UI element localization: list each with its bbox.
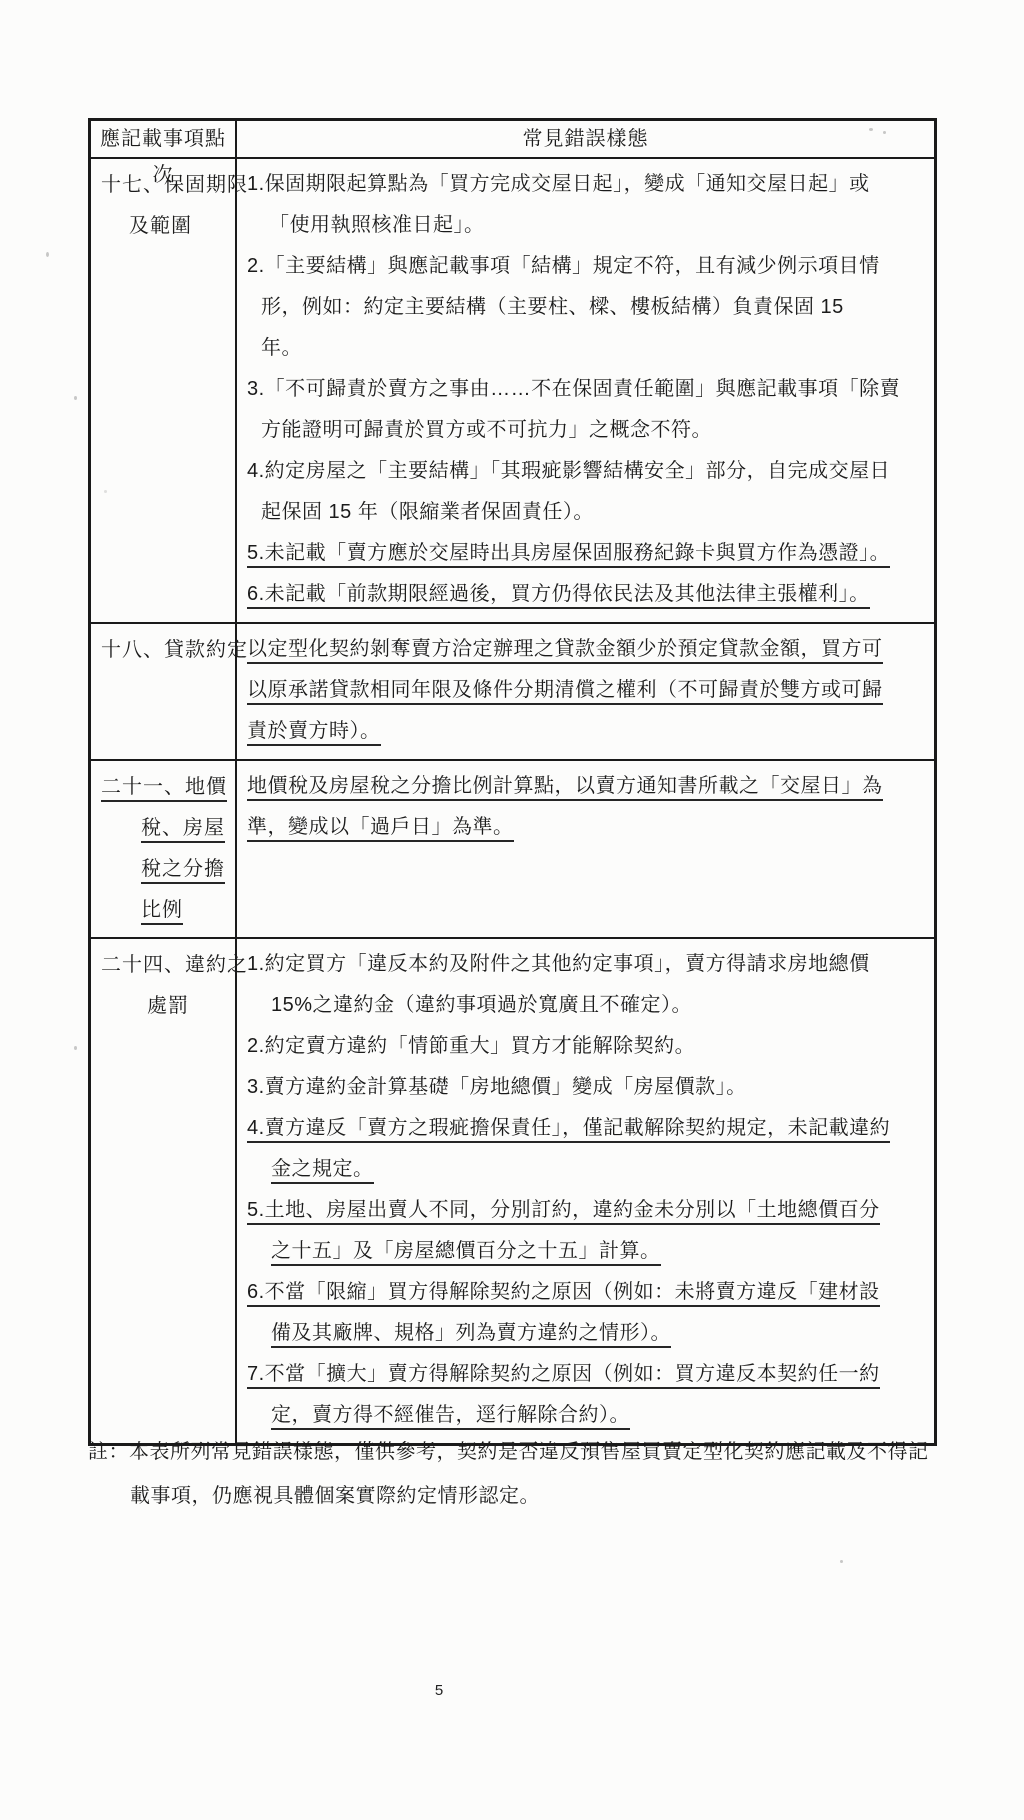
error-pattern-line: 1.約定買方「違反本約及附件之其他約定事項」，賣方得請求房地總價 bbox=[247, 944, 926, 985]
error-pattern-line: 以原承諾貸款相同年限及條件分期清償之權利（不可歸責於雙方或可歸 bbox=[247, 670, 926, 711]
line-text: 以定型化契約剝奪賣方洽定辦理之貸款金額少於預定貸款金額，買方可 bbox=[247, 638, 883, 664]
error-pattern-line: 3.賣方違約金計算基礎「房地總價」變成「房屋價款」。 bbox=[247, 1067, 926, 1108]
line-text: 3.「不可歸責於賣方之事由……不在保固責任範圍」與應記載事項「除賣 bbox=[247, 378, 900, 400]
error-pattern-line: 金之規定。 bbox=[247, 1149, 926, 1190]
line-text: 十八、貸款約定 bbox=[101, 639, 248, 661]
line-text: 載事項，仍應視具體個案實際約定情形認定。 bbox=[130, 1485, 540, 1507]
error-pattern-line: 起保固 15 年（限縮業者保固責任）。 bbox=[247, 492, 926, 533]
line-text: 定，賣方得不經催告，逕行解除合約）。 bbox=[271, 1404, 630, 1430]
scanned-page: 應記載事項點次 常見錯誤樣態 十七、保固期限及範圍1.保固期限起算點為「買方完成… bbox=[0, 0, 1024, 1820]
item-number-line: 十七、保固期限 bbox=[91, 165, 233, 206]
line-text: 4.賣方違反「賣方之瑕疵擔保責任」，僅記載解除契約規定，未記載違約 bbox=[247, 1117, 890, 1143]
error-pattern-line: 4.約定房屋之「主要結構」「其瑕疵影響結構安全」部分，自完成交屋日 bbox=[247, 451, 926, 492]
line-text: 之十五」及「房屋總價百分之十五」計算。 bbox=[271, 1240, 661, 1266]
line-text: 及範圍 bbox=[129, 215, 192, 237]
column-header-common-errors: 常見錯誤樣態 bbox=[237, 121, 934, 157]
item-number-line: 二十四、違約之 bbox=[91, 945, 233, 986]
scan-speckle bbox=[74, 396, 77, 400]
table-body: 十七、保固期限及範圍1.保固期限起算點為「買方完成交屋日起」，變成「通知交屋日起… bbox=[91, 159, 934, 1443]
error-pattern-line: 6.不當「限縮」買方得解除契約之原因（例如：未將賣方違反「建材設 bbox=[247, 1272, 926, 1313]
error-pattern-line: 方能證明可歸責於買方或不可抗力」之概念不符。 bbox=[247, 410, 926, 451]
item-number-line: 稅、房屋 bbox=[91, 808, 233, 849]
item-number-cell: 十八、貸款約定 bbox=[91, 624, 237, 759]
error-patterns-table: 應記載事項點次 常見錯誤樣態 十七、保固期限及範圍1.保固期限起算點為「買方完成… bbox=[88, 118, 937, 1446]
page-number: 5 bbox=[425, 1682, 453, 1699]
line-text: 4.約定房屋之「主要結構」「其瑕疵影響結構安全」部分，自完成交屋日 bbox=[247, 460, 890, 482]
line-text: 以原承諾貸款相同年限及條件分期清償之權利（不可歸責於雙方或可歸 bbox=[247, 679, 883, 705]
item-number-cell: 十七、保固期限及範圍 bbox=[91, 159, 237, 622]
item-number-line: 及範圍 bbox=[91, 206, 233, 247]
line-text: 形，例如：約定主要結構（主要柱、樑、樓板結構）負責保固 15 bbox=[261, 296, 844, 318]
line-text: 地價稅及房屋稅之分擔比例計算點，以賣方通知書所載之「交屋日」為 bbox=[247, 775, 883, 801]
error-pattern-line: 年。 bbox=[247, 328, 926, 369]
line-text: 年。 bbox=[261, 337, 302, 359]
item-number-line: 十八、貸款約定 bbox=[91, 630, 233, 671]
line-text: 6.未記載「前款期限經過後，買方仍得依民法及其他法律主張權利」。 bbox=[247, 583, 870, 609]
line-text: 責於賣方時）。 bbox=[247, 720, 381, 746]
error-pattern-line: 2.約定賣方違約「情節重大」買方才能解除契約。 bbox=[247, 1026, 926, 1067]
scan-speckle bbox=[883, 131, 886, 134]
error-pattern-line: 以定型化契約剝奪賣方洽定辦理之貸款金額少於預定貸款金額，買方可 bbox=[247, 629, 926, 670]
line-text: 1.約定買方「違反本約及附件之其他約定事項」，賣方得請求房地總價 bbox=[247, 953, 870, 975]
line-text: 註：本表所列常見錯誤樣態，僅供參考，契約是否違反預售屋買賣定型化契約應記載及不得… bbox=[88, 1441, 929, 1463]
table-row: 十七、保固期限及範圍1.保固期限起算點為「買方完成交屋日起」，變成「通知交屋日起… bbox=[91, 159, 934, 624]
scan-speckle bbox=[869, 128, 873, 131]
line-text: 3.賣方違約金計算基礎「房地總價」變成「房屋價款」。 bbox=[247, 1076, 747, 1098]
footnote: 註：本表所列常見錯誤樣態，僅供參考，契約是否違反預售屋買賣定型化契約應記載及不得… bbox=[88, 1430, 968, 1518]
line-text: 15%之違約金（違約事項過於寬廣且不確定）。 bbox=[271, 994, 692, 1016]
table-row: 二十一、地價稅、房屋稅之分擔比例地價稅及房屋稅之分擔比例計算點，以賣方通知書所載… bbox=[91, 761, 934, 939]
line-text: 比例 bbox=[141, 899, 183, 925]
error-pattern-line: 5.未記載「賣方應於交屋時出具房屋保固服務紀錄卡與買方作為憑證」。 bbox=[247, 533, 926, 574]
error-pattern-line: 1.保固期限起算點為「買方完成交屋日起」，變成「通知交屋日起」或 bbox=[247, 164, 926, 205]
error-pattern-line: 7.不當「擴大」賣方得解除契約之原因（例如：買方違反本契約任一約 bbox=[247, 1354, 926, 1395]
line-text: 「使用執照核准日起」。 bbox=[269, 214, 485, 236]
line-text: 金之規定。 bbox=[271, 1158, 374, 1184]
item-number-cell: 二十四、違約之處罰 bbox=[91, 939, 237, 1443]
error-pattern-line: 5.土地、房屋出賣人不同，分別訂約，違約金未分別以「土地總價百分 bbox=[247, 1190, 926, 1231]
error-pattern-line: 準，變成以「過戶日」為準。 bbox=[247, 807, 926, 848]
line-text: 2.「主要結構」與應記載事項「結構」規定不符，且有減少例示項目情 bbox=[247, 255, 880, 277]
error-pattern-line: 「使用執照核准日起」。 bbox=[247, 205, 926, 246]
table-header-row: 應記載事項點次 常見錯誤樣態 bbox=[91, 121, 934, 159]
error-pattern-line: 2.「主要結構」與應記載事項「結構」規定不符，且有減少例示項目情 bbox=[247, 246, 926, 287]
item-number-cell: 二十一、地價稅、房屋稅之分擔比例 bbox=[91, 761, 237, 937]
line-text: 二十一、地價 bbox=[101, 776, 227, 802]
error-pattern-line: 地價稅及房屋稅之分擔比例計算點，以賣方通知書所載之「交屋日」為 bbox=[247, 766, 926, 807]
table-row: 二十四、違約之處罰1.約定買方「違反本約及附件之其他約定事項」，賣方得請求房地總… bbox=[91, 939, 934, 1443]
error-pattern-cell: 地價稅及房屋稅之分擔比例計算點，以賣方通知書所載之「交屋日」為準，變成以「過戶日… bbox=[237, 761, 934, 937]
error-pattern-line: 形，例如：約定主要結構（主要柱、樑、樓板結構）負責保固 15 bbox=[247, 287, 926, 328]
error-pattern-cell: 1.約定買方「違反本約及附件之其他約定事項」，賣方得請求房地總價15%之違約金（… bbox=[237, 939, 934, 1443]
line-text: 7.不當「擴大」賣方得解除契約之原因（例如：買方違反本契約任一約 bbox=[247, 1363, 880, 1389]
line-text: 處罰 bbox=[147, 995, 189, 1017]
line-text: 5.土地、房屋出賣人不同，分別訂約，違約金未分別以「土地總價百分 bbox=[247, 1199, 880, 1225]
footnote-line: 載事項，仍應視具體個案實際約定情形認定。 bbox=[88, 1474, 968, 1518]
error-pattern-cell: 以定型化契約剝奪賣方洽定辦理之貸款金額少於預定貸款金額，買方可以原承諾貸款相同年… bbox=[237, 624, 934, 759]
line-text: 1.保固期限起算點為「買方完成交屋日起」，變成「通知交屋日起」或 bbox=[247, 173, 870, 195]
line-text: 稅之分擔 bbox=[141, 858, 225, 884]
line-text: 6.不當「限縮」買方得解除契約之原因（例如：未將賣方違反「建材設 bbox=[247, 1281, 880, 1307]
table-row: 十八、貸款約定以定型化契約剝奪賣方洽定辦理之貸款金額少於預定貸款金額，買方可以原… bbox=[91, 624, 934, 761]
scan-speckle bbox=[46, 252, 49, 257]
line-text: 稅、房屋 bbox=[141, 817, 225, 843]
scan-speckle bbox=[104, 490, 107, 493]
item-number-line: 處罰 bbox=[91, 986, 233, 1027]
error-pattern-line: 備及其廠牌、規格」列為賣方違約之情形）。 bbox=[247, 1313, 926, 1354]
line-text: 起保固 15 年（限縮業者保固責任）。 bbox=[261, 501, 594, 523]
line-text: 5.未記載「賣方應於交屋時出具房屋保固服務紀錄卡與買方作為憑證」。 bbox=[247, 542, 890, 568]
line-text: 十七、保固期限 bbox=[101, 174, 248, 196]
error-pattern-line: 3.「不可歸責於賣方之事由……不在保固責任範圍」與應記載事項「除賣 bbox=[247, 369, 926, 410]
line-text: 備及其廠牌、規格」列為賣方違約之情形）。 bbox=[271, 1322, 671, 1348]
error-pattern-cell: 1.保固期限起算點為「買方完成交屋日起」，變成「通知交屋日起」或「使用執照核准日… bbox=[237, 159, 934, 622]
footnote-line: 註：本表所列常見錯誤樣態，僅供參考，契約是否違反預售屋買賣定型化契約應記載及不得… bbox=[88, 1430, 968, 1474]
error-pattern-line: 責於賣方時）。 bbox=[247, 711, 926, 752]
item-number-line: 稅之分擔 bbox=[91, 849, 233, 890]
error-pattern-line: 4.賣方違反「賣方之瑕疵擔保責任」，僅記載解除契約規定，未記載違約 bbox=[247, 1108, 926, 1149]
item-number-line: 二十一、地價 bbox=[91, 767, 233, 808]
line-text: 2.約定賣方違約「情節重大」買方才能解除契約。 bbox=[247, 1035, 695, 1057]
scan-speckle bbox=[74, 1046, 77, 1050]
line-text: 二十四、違約之 bbox=[101, 954, 248, 976]
error-pattern-line: 15%之違約金（違約事項過於寬廣且不確定）。 bbox=[247, 985, 926, 1026]
item-number-line: 比例 bbox=[91, 890, 233, 931]
error-pattern-line: 之十五」及「房屋總價百分之十五」計算。 bbox=[247, 1231, 926, 1272]
scan-speckle bbox=[840, 1560, 843, 1563]
column-header-item-number: 應記載事項點次 bbox=[91, 121, 237, 157]
line-text: 準，變成以「過戶日」為準。 bbox=[247, 816, 514, 842]
line-text: 方能證明可歸責於買方或不可抗力」之概念不符。 bbox=[261, 419, 712, 441]
error-pattern-line: 6.未記載「前款期限經過後，買方仍得依民法及其他法律主張權利」。 bbox=[247, 574, 926, 615]
